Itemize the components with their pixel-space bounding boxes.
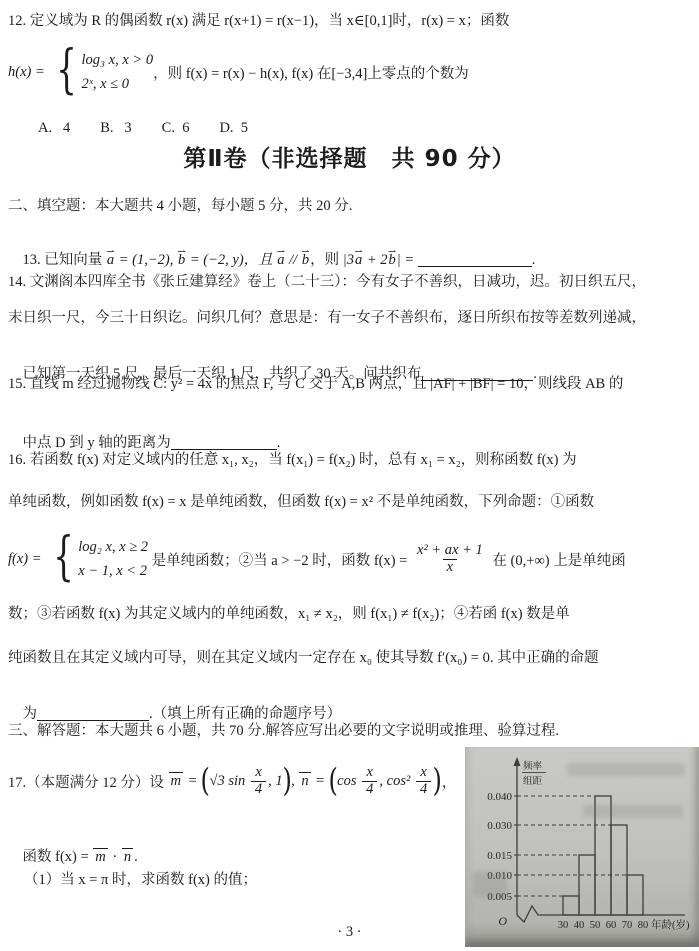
y-axis-label-numerator: 频率 bbox=[523, 760, 543, 772]
q12-option-c: C. 6 bbox=[162, 118, 190, 139]
q13-seg2: = (1,−2), bbox=[115, 252, 177, 268]
histogram-bar bbox=[627, 875, 643, 915]
q14-line2: 末日织一尺，今三十日织讫。问织几何？意思是：有一女子不善织布，逐日所织布按等差数… bbox=[8, 308, 646, 329]
q13-answer-blank bbox=[418, 252, 532, 267]
q12-line1: 12. 定义域为 R 的偶函数 r(x) 满足 r(x+1) = r(x−1)，… bbox=[8, 11, 509, 32]
left-brace: { bbox=[53, 531, 74, 583]
q12-option-a: A. 4 bbox=[38, 118, 70, 139]
q12-hx-lhs: h(x) = bbox=[8, 64, 48, 81]
fraction-denominator: 4 bbox=[416, 781, 431, 798]
q17-fraction-x4: x 4 bbox=[251, 765, 266, 798]
histogram-bar bbox=[579, 855, 595, 915]
q17-comma-one: , 1 bbox=[268, 773, 283, 790]
q17-line2-period: . bbox=[134, 849, 138, 865]
histogram-photo: 频率组距0.0050.0100.0150.0300.04030405060708… bbox=[465, 747, 699, 947]
histogram-svg: 频率组距0.0050.0100.0150.0300.04030405060708… bbox=[465, 747, 699, 947]
q16-line4: 数；③若函数 f(x) 为其定义域内的单纯函数，x₁ ≠ x₂，则 f(x₁) … bbox=[8, 604, 570, 625]
photo-bleedthrough-smudge bbox=[473, 871, 507, 897]
vector-a: a bbox=[276, 250, 285, 271]
q14-line1: 14. 文渊阁本四库全书《张丘建算经》卷上（二十三）：今有女子不善织，日减功，迟… bbox=[8, 272, 646, 293]
q16-line5: 纯函数且在其定义域内可导，则在其定义域内一定存在 x₀ 使其导数 f′(x₀) … bbox=[8, 648, 599, 669]
q12-options: A. 4 B. 3 C. 6 D. 5 bbox=[38, 118, 248, 139]
section3-header: 三、解答题：本大题共 6 小题，共 70 分.解答应写出必要的文字说明或推理、验… bbox=[8, 721, 559, 742]
q13-abs-close: | = bbox=[397, 252, 418, 268]
y-tick-label: 0.030 bbox=[487, 820, 512, 832]
q13-period: . bbox=[532, 252, 536, 268]
q15-period: . bbox=[277, 435, 281, 451]
photo-bleedthrough-smudge bbox=[567, 763, 685, 776]
q16-mid-text: 是单纯函数；②当 a > −2 时，函数 f(x) = bbox=[148, 549, 411, 570]
right-paren: ) bbox=[282, 764, 291, 796]
histogram-bar bbox=[611, 825, 627, 915]
q12-piecewise-line: h(x) = { log₃ x, x > 0 2ˣ, x ≤ 0 ，则 f(x)… bbox=[8, 44, 469, 100]
fraction-numerator: x bbox=[416, 765, 430, 781]
q12-case-1: log₃ x, x > 0 bbox=[81, 52, 153, 69]
q16-line2: 单纯函数，例如函数 f(x) = x 是单纯函数，但函数 f(x) = x² 不… bbox=[8, 492, 594, 513]
vector-m-overbar: m bbox=[169, 772, 183, 789]
left-paren: ( bbox=[328, 764, 337, 796]
q16-fraction-denominator: x bbox=[443, 559, 457, 576]
q16-tail-text: 在 (0,+∞) 上是单纯函 bbox=[489, 549, 626, 570]
q12-cases: log₃ x, x > 0 2ˣ, x ≤ 0 bbox=[81, 52, 153, 93]
q16-piecewise-line: f(x) = { log₂ x, x ≥ 2 x − 1, x < 2 是单纯函… bbox=[8, 531, 626, 587]
q13-seg3: = (−2, y)，且 bbox=[186, 252, 276, 268]
q17-line2-pre: 函数 f(x) = bbox=[23, 849, 93, 865]
q15-line1: 15. 直线 m 经过抛物线 C: y² = 4x 的焦点 F, 与 C 交于 … bbox=[8, 374, 623, 395]
photo-bleedthrough-smudge bbox=[583, 805, 683, 817]
q13-abs-open: |3 bbox=[343, 252, 354, 268]
vector-m-overbar: m bbox=[93, 848, 107, 865]
q17-part1: （1）当 x = π 时，求函数 f(x) 的值； bbox=[24, 870, 257, 891]
vector-n-overbar: n bbox=[299, 772, 310, 789]
q17-fraction-x4: x 4 bbox=[362, 765, 377, 798]
q17-formula-line: 17.（本题满分 12 分）设 m = ( √3 sin x 4 , 1 ) ,… bbox=[8, 753, 456, 809]
q12-option-d: D. 5 bbox=[219, 118, 248, 139]
q17-cos: cos bbox=[337, 773, 360, 790]
q16-line6-pre: 为 bbox=[23, 706, 38, 722]
fraction-numerator: x bbox=[251, 765, 265, 781]
q17-pre: 17.（本题满分 12 分）设 bbox=[8, 771, 168, 792]
q15-answer-blank bbox=[171, 435, 277, 450]
section2-title: 第Ⅱ卷（非选择题 共 90 分） bbox=[0, 149, 699, 170]
q13-abs-mid: + 2 bbox=[363, 252, 387, 268]
equals-sign: = bbox=[184, 773, 201, 790]
histogram-bar bbox=[563, 896, 579, 915]
section2-header: 二、填空题：本大题共 4 小题，每小题 5 分，共 20 分. bbox=[8, 196, 352, 217]
fraction-numerator: x bbox=[363, 765, 377, 781]
q17-cos-squared: , cos² bbox=[379, 773, 414, 790]
vector-b: b bbox=[388, 250, 397, 271]
left-brace: { bbox=[57, 44, 78, 96]
q16-fraction-numerator: x² + ax + 1 bbox=[413, 543, 487, 559]
q16-line6-note: .（填上所有正确的命题序号） bbox=[149, 706, 341, 722]
fraction-denominator: 4 bbox=[362, 781, 377, 798]
equals-sign: = bbox=[312, 773, 329, 790]
q16-cases: log₂ x, x ≥ 2 x − 1, x < 2 bbox=[78, 539, 148, 580]
q12-case-2: 2ˣ, x ≤ 0 bbox=[81, 76, 153, 93]
q16-fraction: x² + ax + 1 x bbox=[413, 543, 487, 576]
parallel-sign: // bbox=[286, 252, 301, 268]
q12-after-cases: ，则 f(x) = r(x) − h(x), f(x) 在[−3,4]上零点的个… bbox=[153, 62, 469, 83]
right-paren: ) bbox=[433, 764, 442, 796]
q12-option-b: B. 3 bbox=[100, 118, 131, 139]
vector-n-overbar: n bbox=[122, 848, 133, 865]
vector-b: b bbox=[301, 250, 310, 271]
q17-sqrt-sin: √3 sin bbox=[210, 773, 249, 790]
q16-fx-lhs: f(x) = bbox=[8, 551, 45, 568]
y-axis-label-denominator: 组距 bbox=[523, 776, 543, 787]
y-axis-arrow bbox=[514, 757, 521, 766]
page-number: · 3 · bbox=[0, 922, 699, 943]
q16-line1: 16. 若函数 f(x) 对定义域内的任意 x₁, x₂，当 f(x₁) = f… bbox=[8, 450, 577, 471]
y-tick-label: 0.040 bbox=[487, 791, 512, 803]
q17-fraction-x4: x 4 bbox=[416, 765, 431, 798]
q15-line2-text: 中点 D 到 y 轴的距离为 bbox=[23, 435, 171, 451]
y-tick-label: 0.015 bbox=[487, 850, 512, 862]
vector-a: a bbox=[354, 250, 363, 271]
q13-seg5: ，则 bbox=[310, 252, 343, 268]
exam-page: 12. 定义域为 R 的偶函数 r(x) 满足 r(x+1) = r(x−1)，… bbox=[0, 0, 699, 951]
q17-end-comma: ， bbox=[442, 771, 457, 792]
q17-separator: , bbox=[291, 773, 298, 790]
vector-b: b bbox=[177, 250, 186, 271]
vector-a: a bbox=[106, 250, 115, 271]
fraction-denominator: 4 bbox=[251, 781, 266, 798]
q16-answer-blank bbox=[37, 706, 149, 721]
left-paren: ( bbox=[201, 764, 210, 796]
q16-case-2: x − 1, x < 2 bbox=[78, 563, 148, 580]
dot-product-sign: · bbox=[109, 849, 121, 865]
q16-case-1: log₂ x, x ≥ 2 bbox=[78, 539, 148, 556]
q13-pre: 13. 已知向量 bbox=[23, 252, 106, 268]
